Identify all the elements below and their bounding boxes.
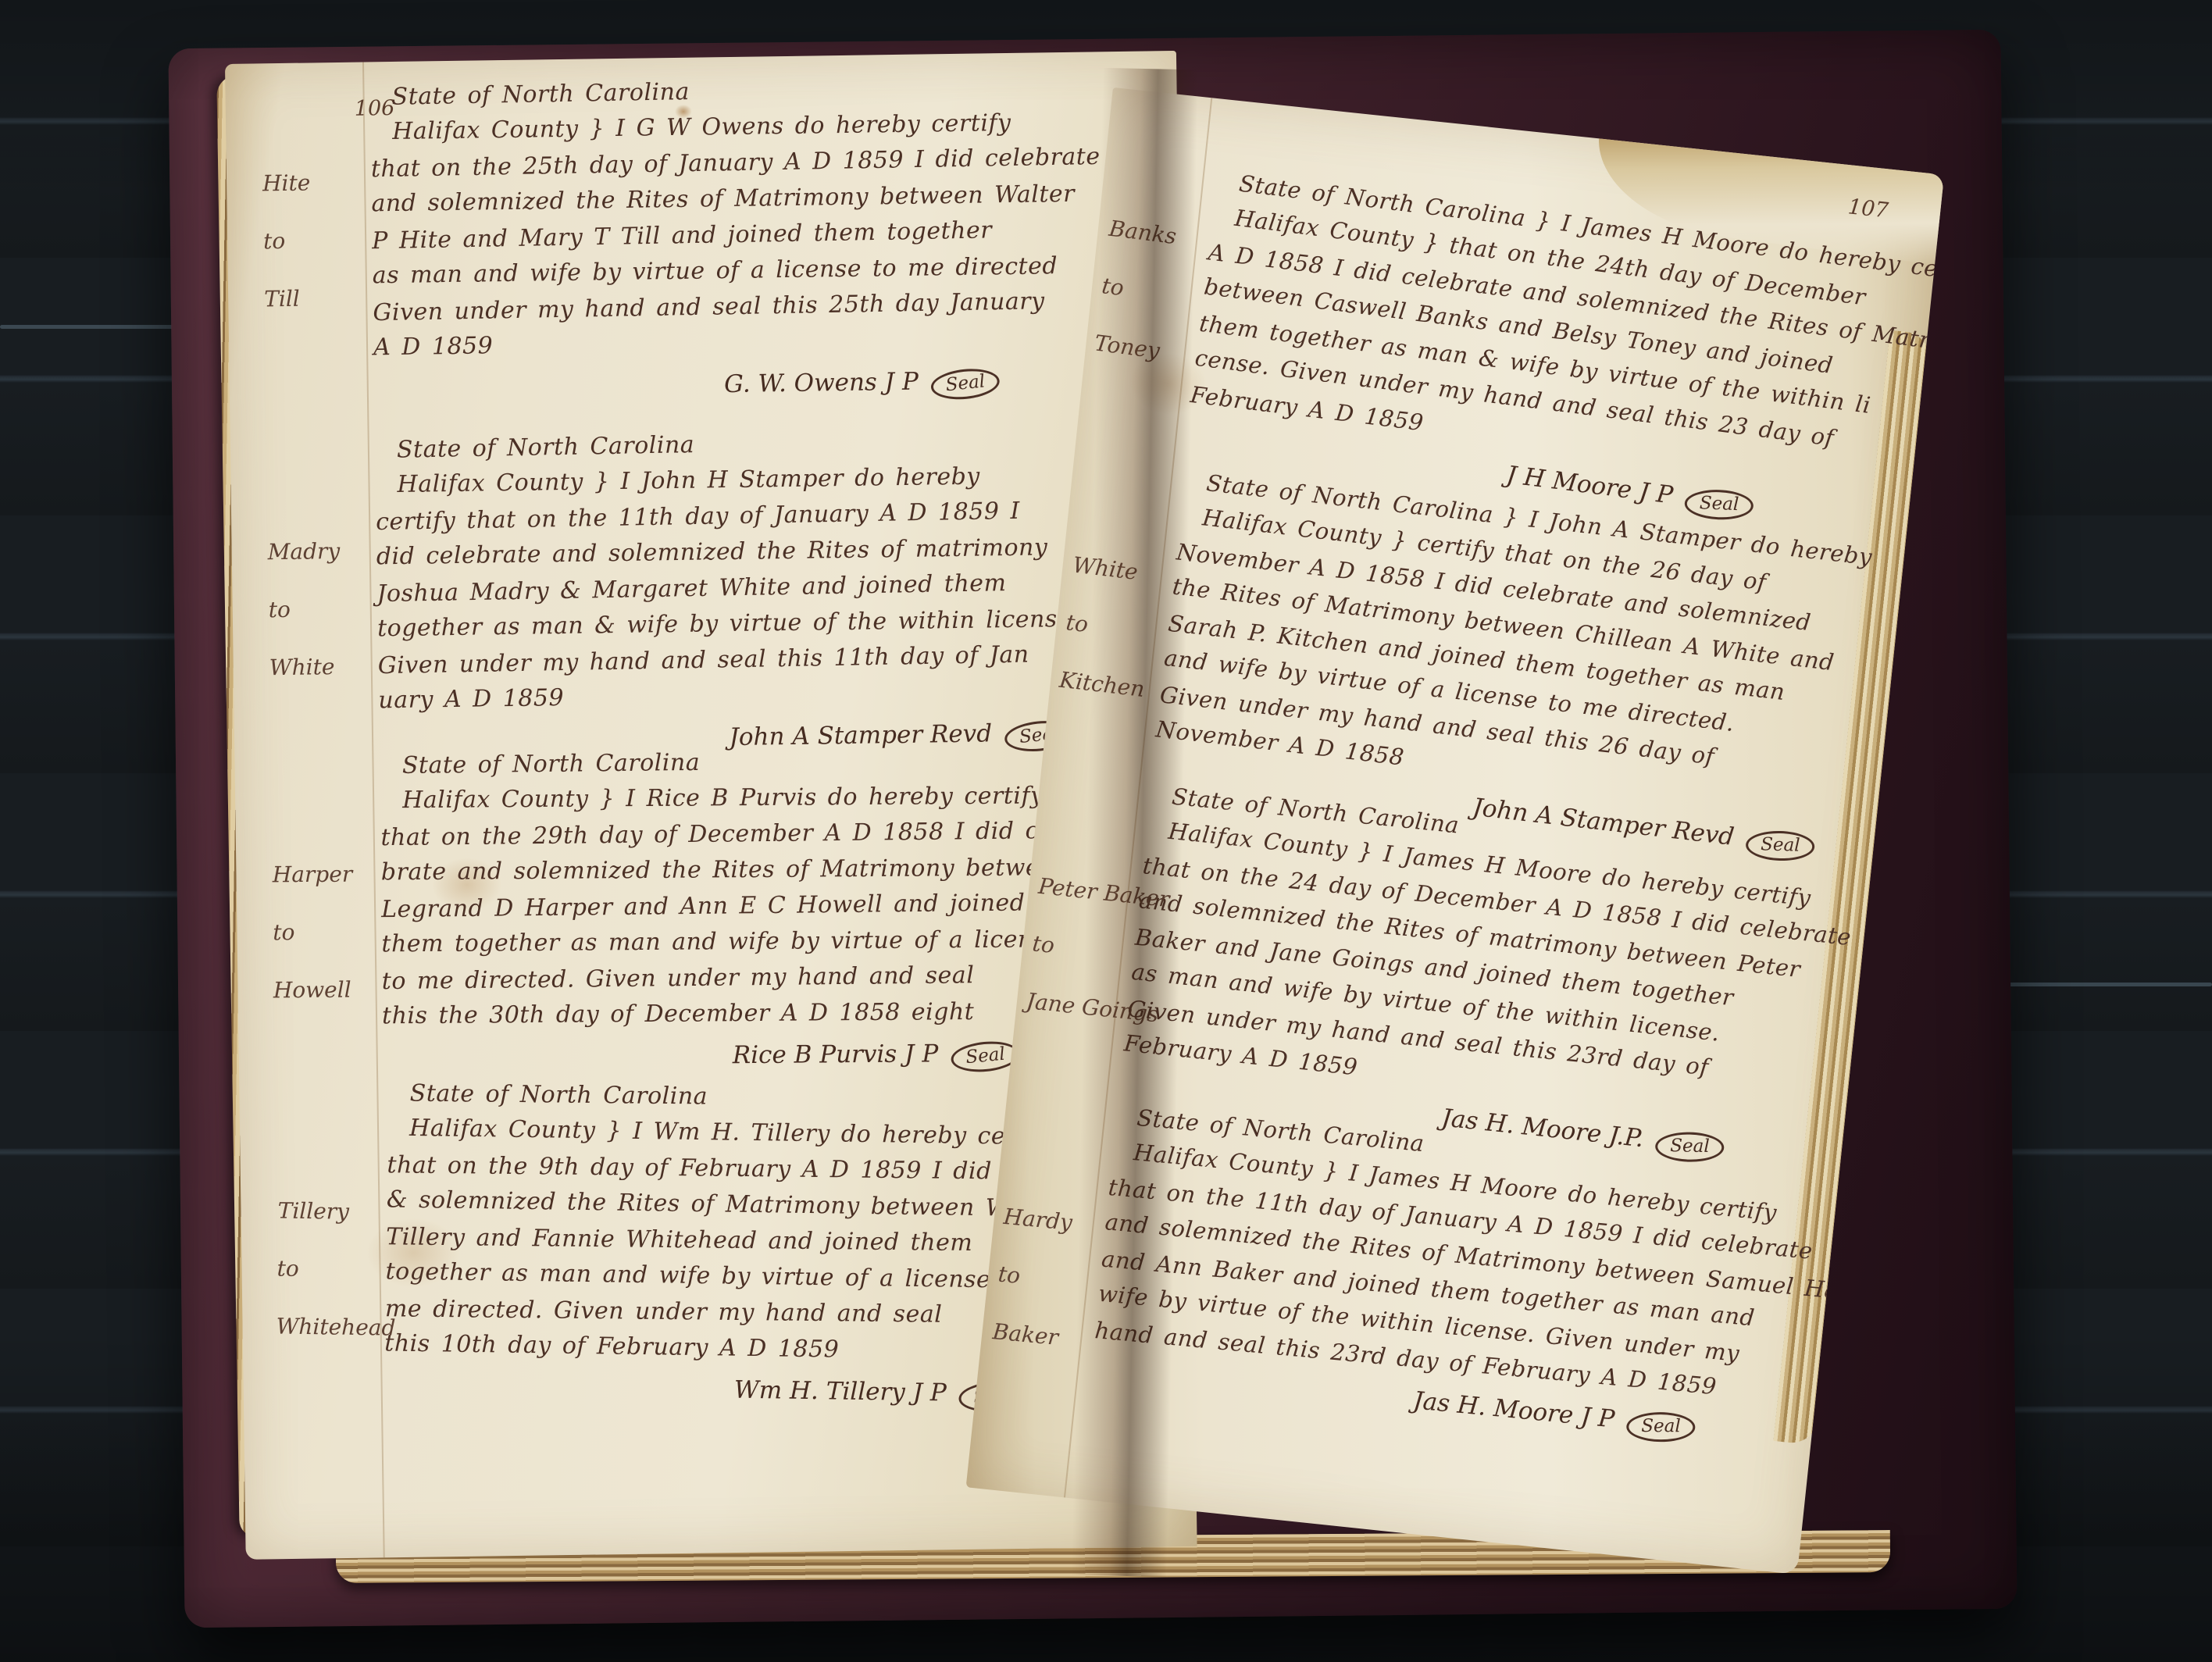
entry-margin-label: MadrytoWhite	[267, 522, 379, 697]
margin-label-line: Hite	[262, 153, 373, 212]
photo-background: 106 HitetoTill State of North CarolinaHa…	[0, 0, 2212, 1662]
page-number-right: 107	[1847, 194, 1890, 223]
signature-name: Wm H. Tillery J P	[734, 1376, 947, 1407]
margin-label-line: to	[1063, 594, 1166, 662]
margin-label-line: to	[995, 1246, 1097, 1312]
signature-name: G. W. Owens J P	[724, 368, 919, 398]
entry-margin-label: TillerytoWhitehead	[276, 1182, 387, 1357]
entry-margin-label: HitetoTill	[262, 153, 374, 328]
margin-label-line: Jane Goings	[1023, 972, 1126, 1040]
margin-label-line: Tillery	[277, 1182, 387, 1241]
marriage-entry: HitetoTill State of North CarolinaHalifa…	[225, 67, 1181, 409]
margin-label-line: to	[268, 580, 378, 639]
entry-margin-label: Peter BakertoJane Goings	[1023, 858, 1138, 1040]
officiant-signature: G. W. Owens J PSeal	[230, 364, 1181, 409]
margin-label-line: to	[273, 903, 383, 961]
signature-name: Rice B Purvis J P	[733, 1040, 939, 1069]
seal-mark: Seal	[929, 366, 1001, 402]
background-slat-line	[2000, 983, 2212, 986]
margin-label-line: Baker	[990, 1303, 1092, 1369]
seal-mark: Seal	[1626, 1412, 1696, 1443]
seal-mark: Seal	[1684, 489, 1754, 521]
margin-label-line: Madry	[267, 522, 377, 581]
margin-label-line: Toney	[1091, 315, 1194, 384]
margin-label-line: to	[263, 211, 373, 270]
margin-label-line: White	[269, 637, 379, 697]
margin-label-line: to	[276, 1239, 387, 1299]
margin-label-line: Hardy	[1001, 1188, 1102, 1254]
entry-margin-label: HardytoBaker	[990, 1188, 1103, 1370]
signature-name: Jas H. Moore J P	[1412, 1386, 1616, 1433]
entry-margin-label: BankstoToney	[1091, 200, 1209, 384]
margin-label-line: to	[1029, 915, 1132, 983]
margin-label-line: Peter Baker	[1036, 858, 1138, 926]
entry-margin-label: HarpertoHowell	[273, 845, 384, 1019]
margin-label-line: Till	[264, 269, 374, 328]
margin-label-line: White	[1069, 537, 1172, 605]
entry-margin-label: WhitetoKitchen	[1056, 537, 1172, 720]
entry-body: State of North CarolinaHalifax County } …	[369, 67, 1180, 366]
margin-label-line: Whitehead	[276, 1297, 386, 1357]
page-right: 107 BankstoToney State of North Carolina…	[966, 87, 1944, 1575]
margin-label-line: Howell	[273, 961, 384, 1019]
marriage-entry: MadrytoWhite State of North CarolinaHali…	[230, 420, 1186, 762]
margin-label-line: Kitchen	[1056, 651, 1159, 720]
margin-label-line: Harper	[273, 845, 383, 904]
